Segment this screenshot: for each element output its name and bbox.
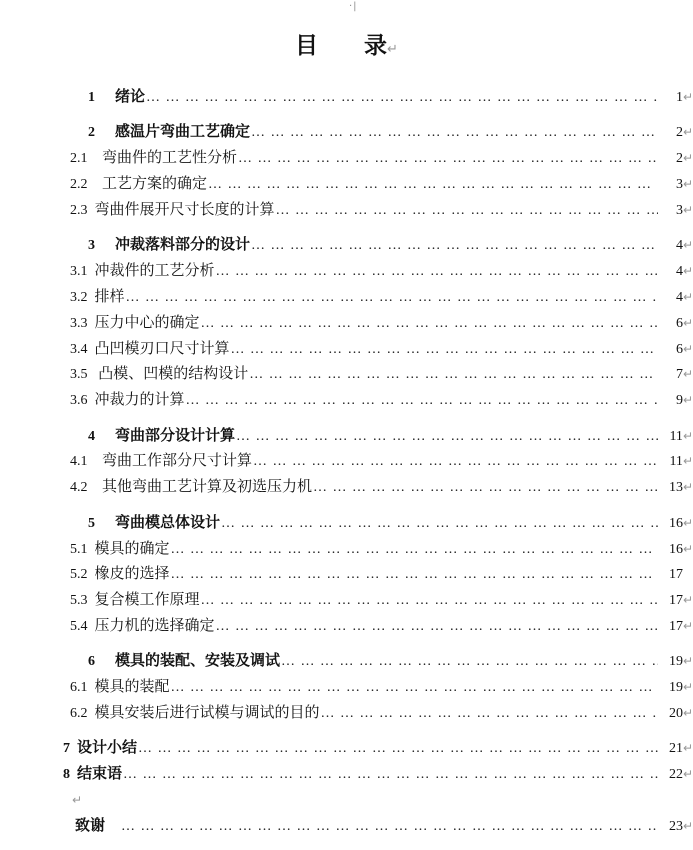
paragraph-mark: ↵	[683, 337, 693, 363]
toc-entry-number: 3.2	[70, 285, 88, 311]
toc-entry-page: 11	[661, 424, 683, 450]
toc-entry-title: 设计小结	[77, 736, 137, 762]
paragraph-mark: ↵	[683, 146, 693, 172]
toc-entry-title: 弯曲部分设计计算	[115, 424, 235, 450]
toc-entry-title: 冲裁力的计算	[95, 388, 185, 414]
toc-entry-page: 6	[661, 337, 683, 363]
toc-entry-page: 17	[661, 562, 683, 588]
toc-entry-number: 6.2	[70, 701, 88, 727]
dot-leader: … … … … … … … … … … … … … … … … … … … … …	[201, 588, 658, 614]
toc-entry[interactable]: 6模具的装配、安装及调试… … … … … … … … … … … … … … …	[0, 649, 693, 675]
toc-entry[interactable]: 2感温片弯曲工艺确定… … … … … … … … … … … … … … … …	[0, 120, 693, 146]
toc-entry-title: 凸模、凹模的结构设计	[95, 362, 249, 388]
toc-entry-title: 弯曲工作部分尺寸计算	[95, 449, 253, 475]
toc-entry-title: 橡皮的选择	[95, 562, 170, 588]
paragraph-mark: ↵	[387, 42, 398, 57]
toc-entry-page: 13	[661, 475, 683, 501]
dot-leader: … … … … … … … … … … … … … … … … … … … … …	[251, 233, 658, 259]
toc-entry-page: 3	[661, 198, 683, 224]
toc-entry-number: 2	[88, 120, 99, 146]
paragraph-mark: ↵	[683, 285, 693, 311]
toc-entry-title: 排样	[95, 285, 125, 311]
paragraph-mark: ↵	[683, 614, 693, 640]
paragraph-mark: ↵	[683, 675, 693, 701]
paragraph-mark: ↵	[683, 362, 693, 388]
dot-leader: … … … … … … … … … … … … … … … … … … … … …	[123, 762, 658, 788]
toc-entry-page: 17	[661, 588, 683, 614]
toc-entry[interactable]: 5.2橡皮的选择… … … … … … … … … … … … … … … … …	[0, 562, 693, 588]
page-title: 目 录↵	[0, 30, 693, 62]
toc-entry-title: 冲裁落料部分的设计	[115, 233, 250, 259]
toc-entry-number: 5.3	[70, 588, 88, 614]
toc-entry[interactable]: 6.2模具安装后进行试模与调试的目的… … … … … … … … … … … …	[0, 701, 693, 727]
toc-entry-number: 4	[88, 424, 99, 450]
dot-leader: … … … … … … … … … … … … … … … … … … … … …	[238, 146, 658, 172]
toc-list: 1绪论… … … … … … … … … … … … … … … … … … ……	[0, 85, 693, 840]
toc-entry-number: 5.4	[70, 614, 88, 640]
dot-leader: … … … … … … … … … … … … … … … … … … … … …	[201, 311, 658, 337]
toc-entry-page: 20	[661, 701, 683, 727]
paragraph-mark: ↵	[683, 588, 693, 614]
toc-entry-page: 2	[661, 146, 683, 172]
paragraph-mark: ↵	[683, 233, 693, 259]
paragraph-mark: ↵	[683, 259, 693, 285]
toc-entry-page: 21	[661, 736, 683, 762]
dot-leader: … … … … … … … … … … … … … … … … … … … … …	[216, 614, 658, 640]
toc-entry-page: 19	[661, 675, 683, 701]
toc-entry-title: 复合模工作原理	[95, 588, 200, 614]
toc-entry[interactable]: 6.1模具的装配… … … … … … … … … … … … … … … … …	[0, 675, 693, 701]
dot-leader: … … … … … … … … … … … … … … … … … … … … …	[171, 537, 658, 563]
toc-entry-title: 其他弯曲工艺计算及初选压力机	[95, 475, 313, 501]
paragraph-mark: ↵	[683, 649, 693, 675]
dot-leader: … … … … … … … … … … … … … … … … … … … … …	[221, 511, 658, 537]
toc-entry-page: 9	[661, 388, 683, 414]
dot-leader: … … … … … … … … … … … … … … … … … … … … …	[236, 424, 658, 450]
toc-entry[interactable]: 3.6冲裁力的计算… … … … … … … … … … … … … … … ……	[0, 388, 693, 414]
toc-entry-page: 16	[661, 537, 683, 563]
toc-entry-title: 凸凹模刃口尺寸计算	[95, 337, 230, 363]
dot-leader: … … … … … … … … … … … … … … … … … … … … …	[251, 120, 658, 146]
toc-entry[interactable]: 3.4凸凹模刃口尺寸计算… … … … … … … … … … … … … … …	[0, 337, 693, 363]
toc-entry-number: 6	[88, 649, 99, 675]
toc-entry[interactable]: 3.2排样… … … … … … … … … … … … … … … … … ……	[0, 285, 693, 311]
paragraph-mark: ↵	[683, 172, 693, 198]
toc-entry-number: 3.6	[70, 388, 88, 414]
dot-leader: … … … … … … … … … … … … … … … … … … … … …	[171, 562, 658, 588]
toc-entry-number: 3	[88, 233, 99, 259]
toc-entry-page: 17	[661, 614, 683, 640]
toc-entry-number: 5.1	[70, 537, 88, 563]
toc-entry-title: 致谢	[75, 814, 120, 840]
toc-entry-page: 22	[661, 762, 683, 788]
toc-entry[interactable]: 5.1模具的确定… … … … … … … … … … … … … … … … …	[0, 537, 693, 563]
dot-leader: … … … … … … … … … … … … … … … … … … … … …	[321, 701, 658, 727]
toc-entry-number: 3.5	[70, 362, 88, 388]
paragraph-mark: ↵	[683, 449, 693, 475]
toc-entry-number: 4.2	[70, 475, 88, 501]
dot-leader: … … … … … … … … … … … … … … … … … … … … …	[216, 259, 658, 285]
toc-entry[interactable]: 8结束语… … … … … … … … … … … … … … … … … … …	[0, 762, 693, 788]
toc-entry[interactable]: ↵	[0, 788, 693, 814]
dot-leader: … … … … … … … … … … … … … … … … … … … … …	[276, 198, 658, 224]
dot-leader: … … … … … … … … … … … … … … … … … … … … …	[126, 285, 658, 311]
toc-entry[interactable]: 2.1 弯曲件的工艺性分析… … … … … … … … … … … … … ……	[0, 146, 693, 172]
toc-entry-page: 4	[661, 285, 683, 311]
paragraph-mark: ↵	[683, 537, 693, 563]
dot-leader: … … … … … … … … … … … … … … … … … … … … …	[171, 675, 658, 701]
toc-entry[interactable]: 3.3压力中心的确定… … … … … … … … … … … … … … … …	[0, 311, 693, 337]
paragraph-mark: ↵	[683, 511, 693, 537]
toc-entry-title: 弯曲件展开尺寸长度的计算	[95, 198, 275, 224]
toc-entry-page: 4	[661, 233, 683, 259]
toc-entry[interactable]: 5.4压力机的选择确定… … … … … … … … … … … … … … ……	[0, 614, 693, 640]
toc-entry-title: 压力机的选择确定	[95, 614, 215, 640]
toc-entry-page: 4	[661, 259, 683, 285]
paragraph-mark: ↵	[683, 814, 693, 840]
paragraph-mark: ↵	[683, 311, 693, 337]
toc-entry-page: 6	[661, 311, 683, 337]
toc-entry[interactable]: 3.5 凸模、凹模的结构设计… … … … … … … … … … … … … …	[0, 362, 693, 388]
toc-entry-number: 3.1	[70, 259, 88, 285]
toc-entry-page: 16	[661, 511, 683, 537]
toc-entry-page: 3	[661, 172, 683, 198]
page-title-text: 目 录	[295, 33, 387, 58]
toc-entry-number: 2.3	[70, 198, 88, 224]
document-page: { "document": { "top_mark": "·|", "pilcr…	[0, 0, 693, 850]
paragraph-mark: ↵	[683, 388, 693, 414]
toc-entry-page: 2	[661, 120, 683, 146]
toc-entry-page: 1	[661, 85, 683, 111]
toc-entry[interactable]: 4弯曲部分设计计算… … … … … … … … … … … … … … … ……	[0, 424, 693, 450]
paragraph-mark: ↵	[683, 198, 693, 224]
toc-entry-number: 7	[63, 736, 70, 762]
toc-entry-number: 6.1	[70, 675, 88, 701]
toc-entry[interactable]: 4.2 其他弯曲工艺计算及初选压力机… … … … … … … … … … … …	[0, 475, 693, 501]
toc-entry-title: 冲裁件的工艺分析	[95, 259, 215, 285]
toc-entry-title: 模具的确定	[95, 537, 170, 563]
toc-entry-title: 结束语	[77, 762, 122, 788]
toc-entry-number: 1	[88, 85, 99, 111]
dot-leader: … … … … … … … … … … … … … … … … … … … … …	[146, 85, 658, 111]
toc-entry-title: 模具安装后进行试模与调试的目的	[95, 701, 320, 727]
toc-entry[interactable]: 3冲裁落料部分的设计… … … … … … … … … … … … … … … …	[0, 233, 693, 259]
toc-entry-page: 23	[661, 814, 683, 840]
toc-entry-number: 2.2	[70, 172, 88, 198]
toc-entry-number: 5	[88, 511, 99, 537]
paragraph-mark: ↵	[683, 85, 693, 111]
toc-entry-title: 弯曲件的工艺性分析	[95, 146, 238, 172]
toc-entry[interactable]: 2.2 工艺方案的确定… … … … … … … … … … … … … … ……	[0, 172, 693, 198]
toc-entry-page: 11	[661, 449, 683, 475]
dot-leader: … … … … … … … … … … … … … … … … … … … … …	[138, 736, 658, 762]
toc-entry-title: 弯曲模总体设计	[115, 511, 220, 537]
paragraph-mark: ↵	[683, 701, 693, 727]
paragraph-mark: ↵	[683, 736, 693, 762]
paragraph-mark: ↵	[70, 788, 84, 814]
toc-entry[interactable]: 5弯曲模总体设计… … … … … … … … … … … … … … … … …	[0, 511, 693, 537]
toc-entry-number: 8	[63, 762, 70, 788]
toc-entry[interactable]: 7设计小结… … … … … … … … … … … … … … … … … ……	[0, 736, 693, 762]
toc-entry-title: 模具的装配	[95, 675, 170, 701]
toc-entry-title: 工艺方案的确定	[95, 172, 208, 198]
toc-entry-title: 绪论	[115, 85, 145, 111]
toc-entry-number: 5.2	[70, 562, 88, 588]
toc-entry-title: 感温片弯曲工艺确定	[115, 120, 250, 146]
paragraph-mark: ↵	[683, 762, 693, 788]
dot-leader: … … … … … … … … … … … … … … … … … … … … …	[253, 449, 658, 475]
toc-entry[interactable]: 4.1 弯曲工作部分尺寸计算… … … … … … … … … … … … … …	[0, 449, 693, 475]
toc-entry[interactable]: 2.3弯曲件展开尺寸长度的计算… … … … … … … … … … … … ……	[0, 198, 693, 224]
paragraph-mark: ↵	[683, 120, 693, 146]
toc-entry[interactable]: 致谢 … … … … … … … … … … … … … … … … … … ……	[0, 814, 693, 840]
dot-leader: … … … … … … … … … … … … … … … … … … … … …	[313, 475, 658, 501]
dot-leader: … … … … … … … … … … … … … … … … … … … … …	[208, 172, 658, 198]
toc-entry-number: 3.4	[70, 337, 88, 363]
toc-entry-number: 4.1	[70, 449, 88, 475]
toc-entry-title: 模具的装配、安装及调试	[115, 649, 280, 675]
toc-entry-title: 压力中心的确定	[95, 311, 200, 337]
dot-leader: … … … … … … … … … … … … … … … … … … … … …	[281, 649, 658, 675]
dot-leader: … … … … … … … … … … … … … … … … … … … … …	[231, 337, 658, 363]
toc-entry-page: 19	[661, 649, 683, 675]
toc-entry-number: 3.3	[70, 311, 88, 337]
toc-entry-number: 2.1	[70, 146, 88, 172]
dot-leader: … … … … … … … … … … … … … … … … … … … … …	[121, 814, 658, 840]
toc-entry[interactable]: 1绪论… … … … … … … … … … … … … … … … … … ……	[0, 85, 693, 111]
paragraph-mark: ↵	[683, 424, 693, 450]
toc-entry[interactable]: 3.1冲裁件的工艺分析… … … … … … … … … … … … … … ……	[0, 259, 693, 285]
page-top-paragraph-mark: ·|	[349, 1, 358, 12]
dot-leader: … … … … … … … … … … … … … … … … … … … … …	[249, 362, 658, 388]
toc-entry-page: 7	[661, 362, 683, 388]
paragraph-mark: ↵	[683, 475, 693, 501]
toc-entry[interactable]: 5.3复合模工作原理… … … … … … … … … … … … … … … …	[0, 588, 693, 614]
dot-leader: … … … … … … … … … … … … … … … … … … … … …	[186, 388, 658, 414]
